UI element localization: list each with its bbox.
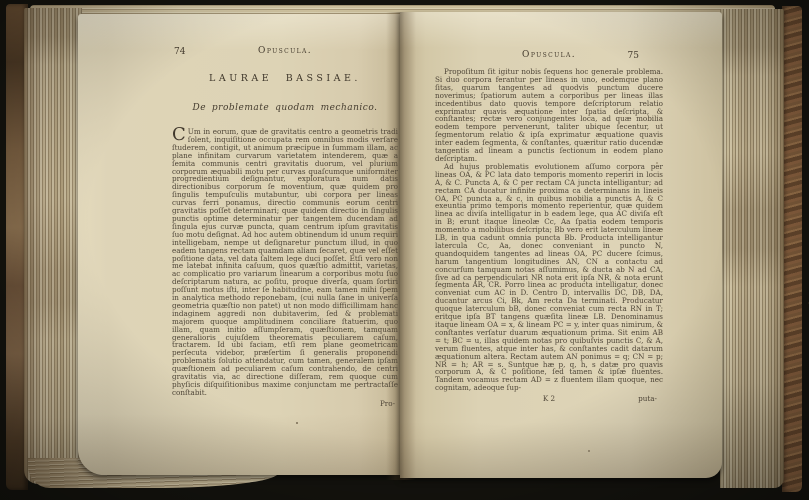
left-header-row: 74 Opuscula. bbox=[172, 46, 398, 58]
left-page-text: 74 Opuscula. LAURAE BASSIAE. De problema… bbox=[172, 46, 398, 408]
right-paragraph-1: Propoſitum ſit igitur nobis ſequens hoc … bbox=[435, 68, 663, 163]
right-page-number: 75 bbox=[628, 51, 639, 61]
right-body: Propoſitum ſit igitur nobis ſequens hoc … bbox=[435, 68, 663, 392]
left-running-header: Opuscula. bbox=[172, 46, 398, 56]
right-paragraph-2: Ad hujus problematis evolutionem aſſumo … bbox=[435, 163, 663, 392]
left-page-number: 74 bbox=[174, 47, 185, 57]
signature-mark: K 2 bbox=[543, 394, 555, 403]
right-cover-edge bbox=[782, 6, 802, 492]
drop-cap: C bbox=[172, 128, 188, 143]
right-catchword: puta- bbox=[638, 394, 657, 403]
right-header-row: Opuscula. 75 bbox=[435, 50, 663, 62]
left-fore-edge bbox=[24, 8, 82, 484]
left-paragraph: CUm in eorum, quæ de gravitatis centro a… bbox=[172, 128, 398, 397]
author-title: LAURAE BASSIAE. bbox=[172, 73, 398, 84]
right-page-text: Opuscula. 75 Propoſitum ſit igitur nobis… bbox=[435, 50, 663, 403]
right-fore-edge bbox=[720, 9, 784, 488]
chapter-subtitle: De problemate quodam mechanico. bbox=[172, 103, 398, 113]
left-paragraph-text: Um in eorum, quæ de gravitatis centro a … bbox=[172, 127, 398, 397]
book-photo: 74 Opuscula. LAURAE BASSIAE. De problema… bbox=[0, 0, 809, 500]
foxing-specks bbox=[296, 422, 298, 424]
right-bottom-line: K 2 puta- bbox=[435, 394, 663, 403]
left-catchword: Pro- bbox=[172, 399, 398, 408]
